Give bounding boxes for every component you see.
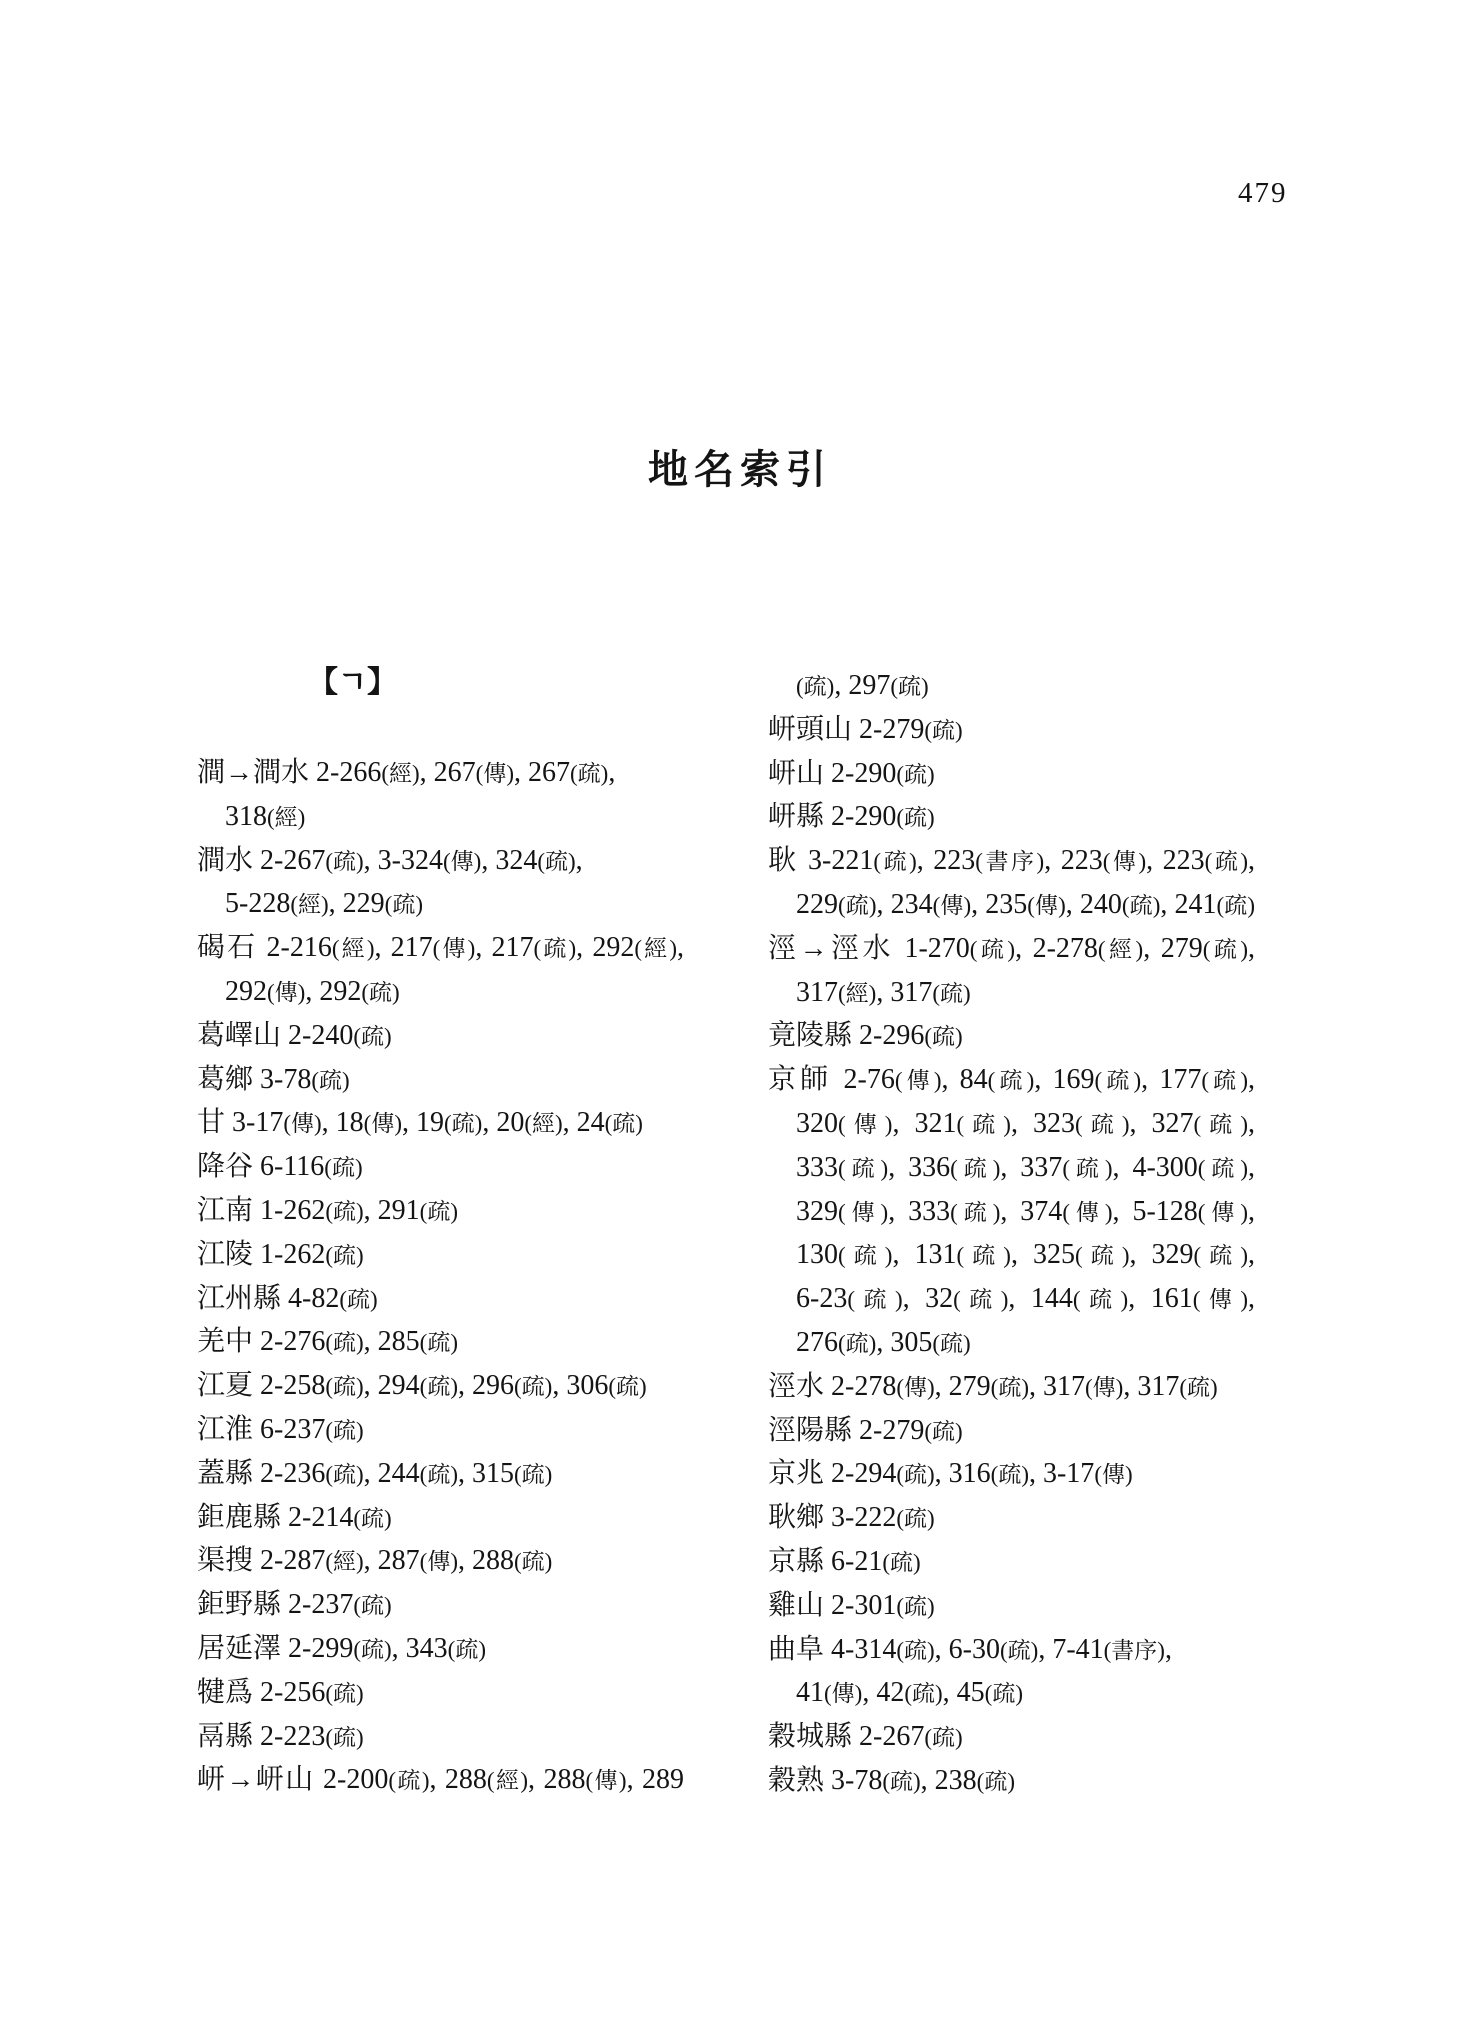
index-entry-line: 穀熟 3-78(疏), 238(疏) [768, 1759, 1255, 1803]
index-page: 479 地名索引 【ㄱ】 澗→澗水 2-266(經), 267(傳), 267(… [0, 0, 1480, 2024]
index-entry-line: 犍爲 2-256(疏) [197, 1671, 684, 1715]
index-entry-line: 江夏 2-258(疏), 294(疏), 296(疏), 306(疏) [197, 1364, 684, 1408]
annotation: (疏) [444, 1111, 482, 1136]
annotation: (疏) [1075, 1243, 1129, 1268]
index-entry-line: 318(經) [197, 795, 684, 839]
annotation: (疏) [534, 936, 577, 961]
annotation: (疏) [537, 849, 575, 874]
annotation: (疏) [904, 1681, 942, 1706]
index-entry-line: 5-228(經), 229(疏) [197, 882, 684, 926]
index-entry-line: 降谷 6-116(疏) [197, 1145, 684, 1189]
annotation: (傳) [838, 1200, 888, 1225]
annotation: (傳) [585, 1768, 626, 1793]
annotation: (傳) [838, 1112, 892, 1137]
annotation: (疏) [420, 1462, 458, 1487]
index-entry-line: (疏), 297(疏) [768, 664, 1255, 708]
annotation: (疏) [896, 1638, 934, 1663]
index-entry-line: 甘 3-17(傳), 18(傳), 19(疏), 20(經), 24(疏) [197, 1101, 684, 1145]
annotation: (疏) [924, 1725, 962, 1750]
annotation: (疏) [514, 1374, 552, 1399]
annotation: (疏) [924, 1024, 962, 1049]
index-entry-line: 京師 2-76(傳), 84(疏), 169(疏), 177(疏), [768, 1058, 1255, 1102]
annotation: (疏) [896, 1462, 934, 1487]
annotation: (傳) [1103, 849, 1146, 874]
index-entry-line: 耿鄉 3-222(疏) [768, 1496, 1255, 1540]
index-entry-line: 渠搜 2-287(經), 287(傳), 288(疏) [197, 1539, 684, 1583]
annotation: (疏) [605, 1111, 643, 1136]
annotation: (疏) [353, 1506, 391, 1531]
annotation: (經) [267, 805, 305, 830]
annotation: (傳) [1062, 1200, 1112, 1225]
annotation: (疏) [932, 1331, 970, 1356]
annotation: (傳) [896, 1375, 934, 1400]
annotation: (傳) [443, 849, 481, 874]
annotation: (疏) [1198, 1156, 1248, 1181]
index-entry-line: 320(傳), 321(疏), 323(疏), 327(疏), [768, 1102, 1255, 1146]
annotation: (疏) [838, 893, 877, 918]
annotation: (疏) [325, 849, 363, 874]
annotation: (疏) [932, 981, 970, 1006]
index-entry-line: 鬲縣 2-223(疏) [197, 1715, 684, 1759]
annotation: (傳) [895, 1068, 942, 1093]
annotation: (疏) [985, 1681, 1023, 1706]
annotation: (疏) [353, 1024, 391, 1049]
annotation: (傳) [933, 893, 972, 918]
annotation: (疏) [953, 1287, 1008, 1312]
index-entry-line: 6-23(疏), 32(疏), 144(疏), 161(傳), [768, 1277, 1255, 1321]
index-entry-line: 澗→澗水 2-266(經), 267(傳), 267(疏), [197, 751, 684, 795]
index-entry-line: 葛嶧山 2-240(疏) [197, 1014, 684, 1058]
index-entry-line: 澗水 2-267(疏), 3-324(傳), 324(疏), [197, 839, 684, 883]
annotation: (疏) [896, 762, 934, 787]
annotation: (疏) [924, 1419, 962, 1444]
index-entry-line: 江陵 1-262(疏) [197, 1233, 684, 1277]
annotation: (經) [1098, 937, 1143, 962]
annotation: (疏) [608, 1374, 646, 1399]
annotation: (疏) [847, 1287, 902, 1312]
annotation: (經) [634, 936, 677, 961]
annotation: (疏) [970, 937, 1015, 962]
annotation: (疏) [950, 1156, 1000, 1181]
annotation: (疏) [1201, 1068, 1248, 1093]
annotation: (疏) [988, 1068, 1035, 1093]
index-entry-line: 鉅鹿縣 2-214(疏) [197, 1496, 684, 1540]
annotation: (疏) [514, 1549, 552, 1574]
annotation: (疏) [882, 1769, 920, 1794]
annotation: (疏) [325, 1243, 363, 1268]
index-entry-line: 41(傳), 42(疏), 45(疏) [768, 1671, 1255, 1715]
annotation: (傳) [476, 761, 514, 786]
annotation: (疏) [1194, 1243, 1248, 1268]
annotation: (疏) [957, 1243, 1011, 1268]
index-entry-line: 岍頭山 2-279(疏) [768, 708, 1255, 752]
annotation: (傳) [1198, 1200, 1248, 1225]
index-entry-line: 雞山 2-301(疏) [768, 1584, 1255, 1628]
annotation: (傳) [433, 936, 476, 961]
index-entry-line: 江南 1-262(疏), 291(疏) [197, 1189, 684, 1233]
index-entry-line: 130(疏), 131(疏), 325(疏), 329(疏), [768, 1233, 1255, 1277]
annotation: (疏) [353, 1593, 391, 1618]
index-entry-line: 碣石 2-216(經), 217(傳), 217(疏), 292(經), [197, 926, 684, 970]
annotation: (疏) [420, 1374, 458, 1399]
annotation: (疏) [950, 1200, 1000, 1225]
index-entry-line: 江州縣 4-82(疏) [197, 1277, 684, 1321]
annotation: (經) [332, 936, 375, 961]
annotation: (疏) [325, 1374, 363, 1399]
annotation: (疏) [448, 1637, 486, 1662]
annotation: (疏) [1000, 1638, 1038, 1663]
annotation: (疏) [385, 892, 423, 917]
index-entry-line: 329(傳), 333(疏), 374(傳), 5-128(傳), [768, 1190, 1255, 1234]
annotation: (疏) [873, 849, 916, 874]
section-header: 【ㄱ】 [308, 661, 397, 705]
page-title: 地名索引 [0, 448, 1480, 492]
annotation: (疏) [514, 1462, 552, 1487]
annotation: (疏) [324, 1155, 362, 1180]
annotation: (疏) [796, 674, 834, 699]
index-entry-line: 涇→涇水 1-270(疏), 2-278(經), 279(疏), [768, 927, 1255, 971]
annotation: (經) [487, 1768, 528, 1793]
annotation: (疏) [570, 761, 608, 786]
annotation: (疏) [1075, 1112, 1129, 1137]
annotation: (疏) [1073, 1287, 1128, 1312]
annotation: (疏) [1122, 893, 1161, 918]
annotation: (疏) [353, 1637, 391, 1662]
index-entry-line: 耿 3-221(疏), 223(書序), 223(傳), 223(疏), [768, 839, 1255, 883]
index-entry-line: 岍山 2-290(疏) [768, 752, 1255, 796]
index-entry-line: 羌中 2-276(疏), 285(疏) [197, 1320, 684, 1364]
annotation: (疏) [325, 1418, 363, 1443]
index-entry-line: 曲阜 4-314(疏), 6-30(疏), 7-41(書序), [768, 1628, 1255, 1672]
annotation: (疏) [838, 1331, 876, 1356]
annotation: (傳) [1027, 893, 1066, 918]
index-entry-line: 276(疏), 305(疏) [768, 1321, 1255, 1365]
index-entry-line: 333(疏), 336(疏), 337(疏), 4-300(疏), [768, 1146, 1255, 1190]
index-entry-line: 岍→岍山 2-200(疏), 288(經), 288(傳), 289 [197, 1758, 684, 1802]
annotation: (疏) [1217, 893, 1256, 918]
index-entry-line: 岍縣 2-290(疏) [768, 795, 1255, 839]
annotation: (經) [524, 1111, 562, 1136]
index-entry-line: 居延澤 2-299(疏), 343(疏) [197, 1627, 684, 1671]
annotation: (疏) [991, 1375, 1029, 1400]
annotation: (疏) [838, 1156, 888, 1181]
annotation: (疏) [339, 1287, 377, 1312]
index-entry-line: 京縣 6-21(疏) [768, 1540, 1255, 1584]
annotation: (疏) [311, 1068, 349, 1093]
annotation: (疏) [325, 1199, 363, 1224]
annotation: (疏) [420, 1330, 458, 1355]
annotation: (傳) [283, 1111, 321, 1136]
index-entry-line: 蓋縣 2-236(疏), 244(疏), 315(疏) [197, 1452, 684, 1496]
annotation: (疏) [361, 980, 399, 1005]
index-column-left: 澗→澗水 2-266(經), 267(傳), 267(疏),318(經)澗水 2… [197, 751, 684, 1802]
annotation: (傳) [267, 980, 305, 1005]
annotation: (疏) [1179, 1375, 1217, 1400]
annotation: (疏) [957, 1112, 1011, 1137]
annotation: (疏) [1203, 937, 1248, 962]
annotation: (經) [381, 761, 419, 786]
page-number: 479 [1238, 176, 1288, 211]
annotation: (疏) [1194, 1112, 1248, 1137]
index-entry-line: 涇陽縣 2-279(疏) [768, 1409, 1255, 1453]
annotation: (疏) [991, 1462, 1029, 1487]
annotation: (疏) [882, 1550, 920, 1575]
annotation: (傳) [1094, 1462, 1132, 1487]
annotation: (疏) [896, 1594, 934, 1619]
index-entry-line: 江淮 6-237(疏) [197, 1408, 684, 1452]
annotation: (經) [290, 892, 328, 917]
annotation: (傳) [824, 1681, 862, 1706]
annotation: (疏) [890, 674, 928, 699]
index-entry-line: 竟陵縣 2-296(疏) [768, 1014, 1255, 1058]
annotation: (疏) [325, 1462, 363, 1487]
annotation: (傳) [1085, 1375, 1123, 1400]
index-entry-line: 317(經), 317(疏) [768, 971, 1255, 1015]
index-entry-line: 穀城縣 2-267(疏) [768, 1715, 1255, 1759]
annotation: (疏) [838, 1243, 892, 1268]
index-column-right: (疏), 297(疏)岍頭山 2-279(疏)岍山 2-290(疏)岍縣 2-2… [768, 664, 1255, 1803]
annotation: (疏) [388, 1768, 429, 1793]
annotation: (疏) [896, 805, 934, 830]
annotation: (書序) [975, 849, 1044, 874]
annotation: (疏) [1062, 1156, 1112, 1181]
annotation: (傳) [364, 1111, 402, 1136]
index-entry-line: 229(疏), 234(傳), 235(傳), 240(疏), 241(疏) [768, 883, 1255, 927]
annotation: (經) [325, 1549, 363, 1574]
index-entry-line: 涇水 2-278(傳), 279(疏), 317(傳), 317(疏) [768, 1365, 1255, 1409]
annotation: (疏) [325, 1330, 363, 1355]
annotation: (疏) [1095, 1068, 1142, 1093]
index-entry-line: 京兆 2-294(疏), 316(疏), 3-17(傳) [768, 1452, 1255, 1496]
annotation: (疏) [977, 1769, 1015, 1794]
index-entry-line: 鉅野縣 2-237(疏) [197, 1583, 684, 1627]
annotation: (疏) [1205, 849, 1248, 874]
index-entry-line: 292(傳), 292(疏) [197, 970, 684, 1014]
annotation: (疏) [420, 1199, 458, 1224]
annotation: (傳) [420, 1549, 458, 1574]
annotation: (疏) [325, 1681, 363, 1706]
annotation: (疏) [924, 718, 962, 743]
annotation: (書序) [1104, 1638, 1165, 1663]
annotation: (經) [838, 981, 876, 1006]
annotation: (傳) [1193, 1287, 1248, 1312]
annotation: (疏) [325, 1725, 363, 1750]
annotation: (疏) [896, 1506, 934, 1531]
index-entry-line: 葛鄉 3-78(疏) [197, 1058, 684, 1102]
